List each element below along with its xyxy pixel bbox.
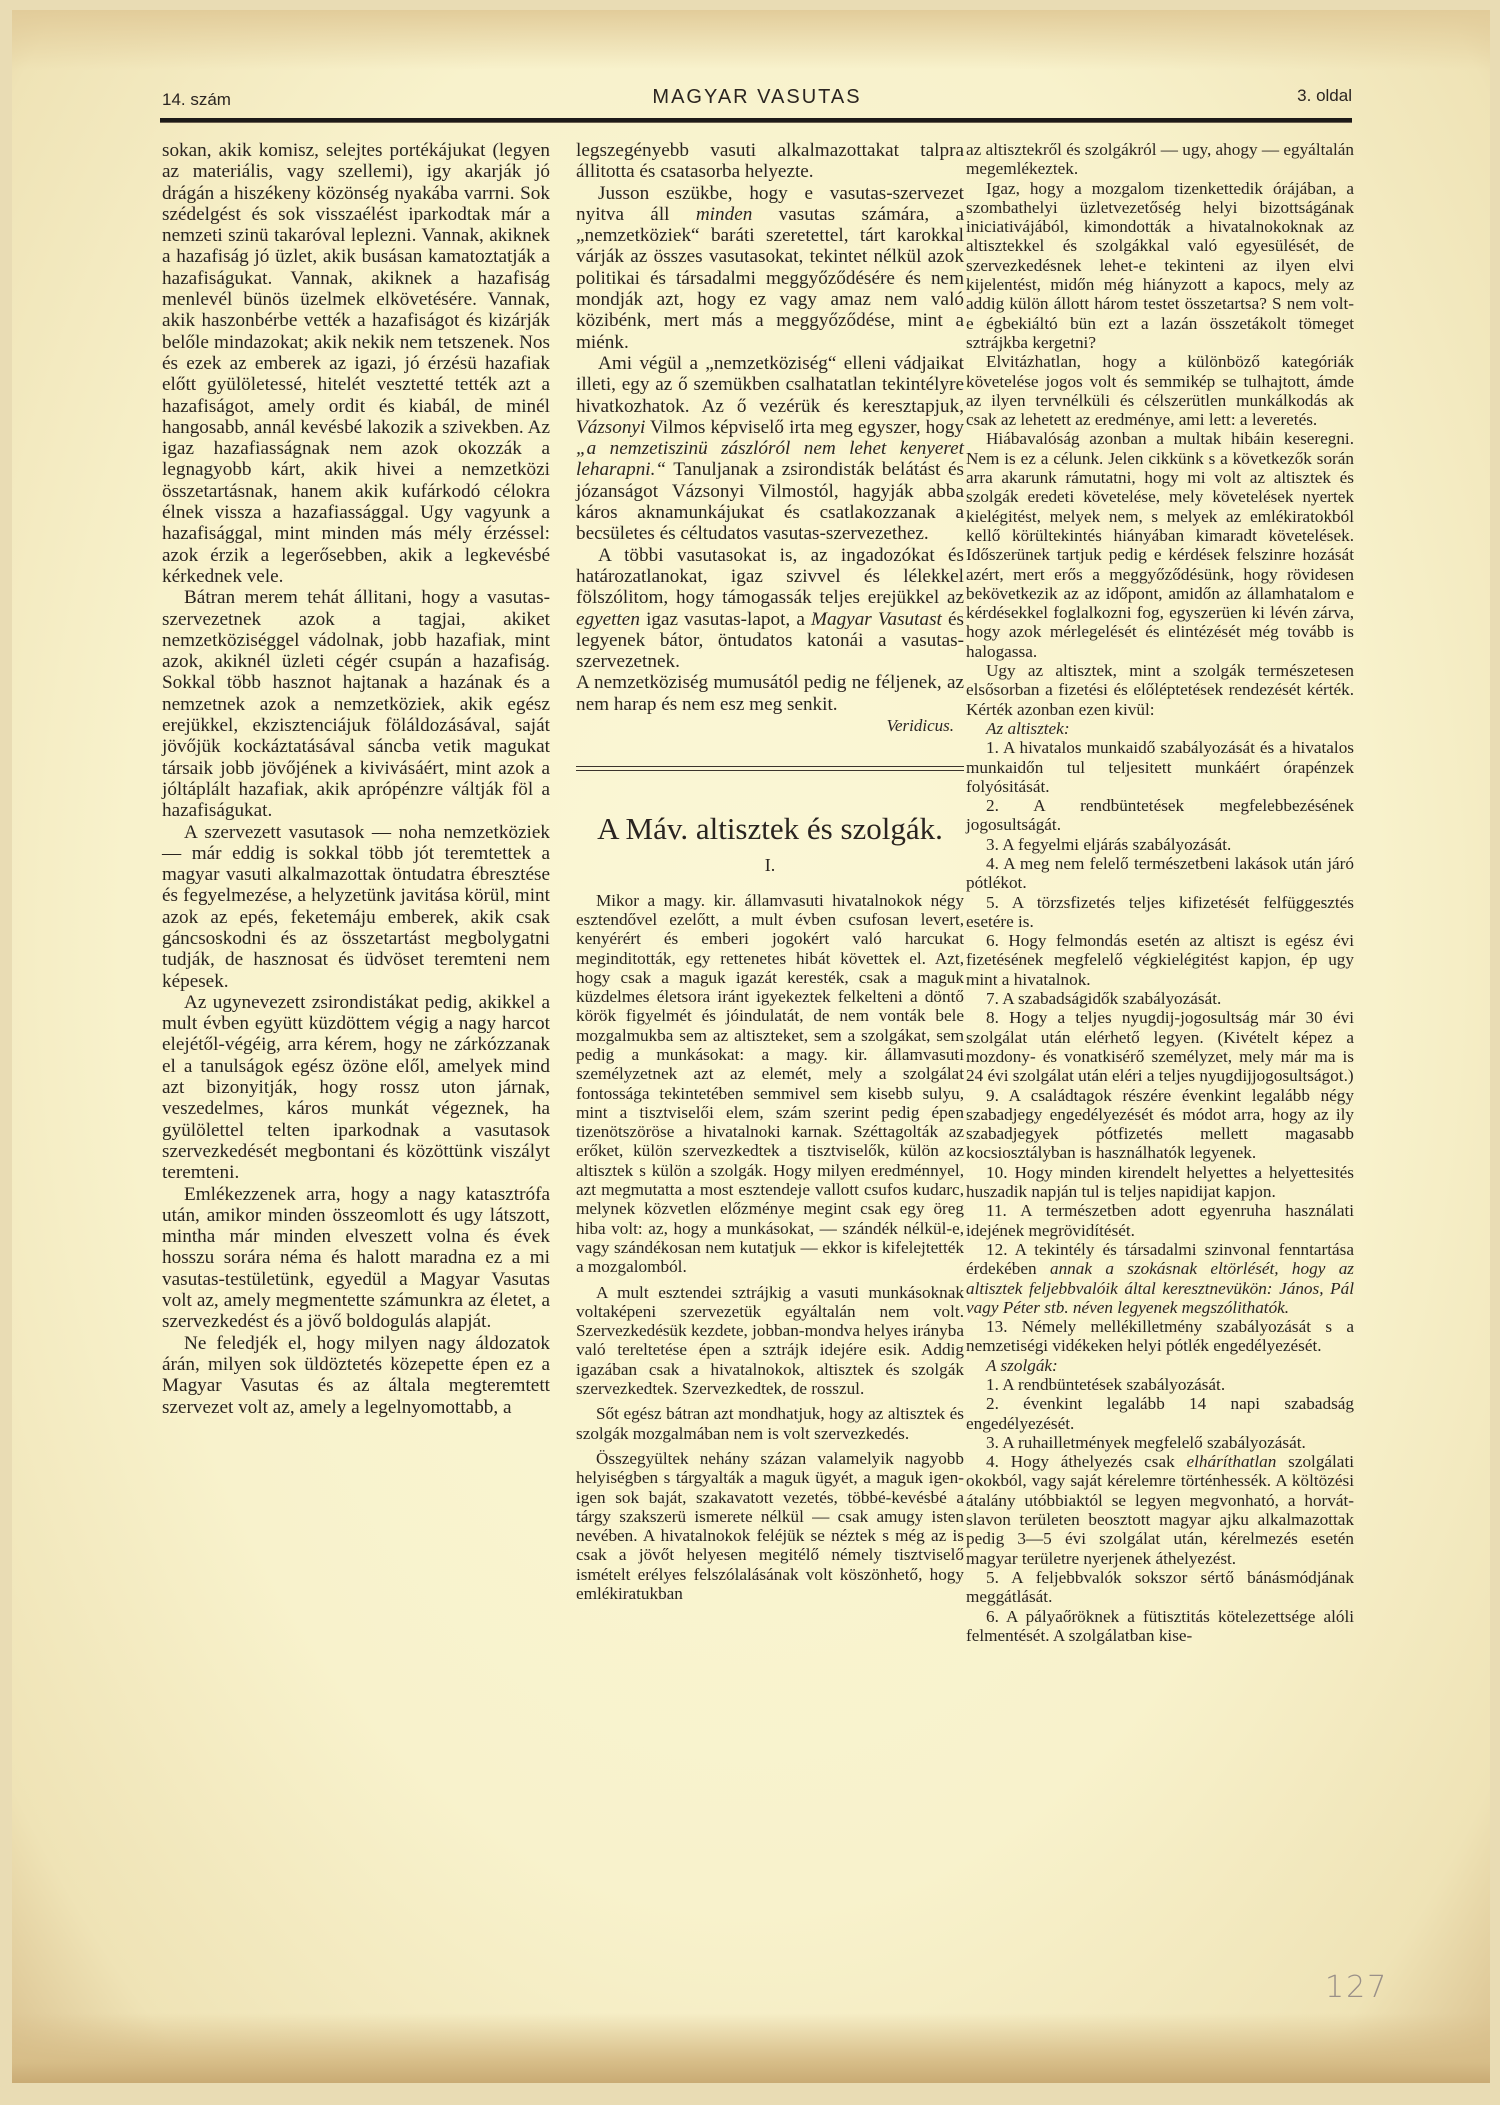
list-item: 13. Némely mellékilletmény szabályozását… xyxy=(966,1317,1354,1356)
list-item: 3. A ruhailletmények megfelelő szabályoz… xyxy=(966,1433,1354,1452)
list-item: 3. A fegyelmi eljárás szabályozását. xyxy=(966,835,1354,854)
list-item: 5. A törzsfizetés teljes kifizetését fel… xyxy=(966,893,1354,932)
handwritten-page-number: 127 xyxy=(1325,1970,1388,2005)
list-item: 6. A pályaőröknek a fütisztitás köteleze… xyxy=(966,1607,1354,1646)
section-heading-altisztek: Az altisztek: xyxy=(966,719,1354,738)
paragraph: Az ugynevezett zsirondistákat pedig, aki… xyxy=(162,992,550,1184)
paragraph: Ne feledjék el, hogy milyen nagy áldozat… xyxy=(162,1333,550,1418)
paragraph: Bátran merem tehát állitani, hogy a vasu… xyxy=(162,587,550,821)
paragraph: Összegyültek nehány százan valamelyik na… xyxy=(576,1449,964,1603)
publication-title: MAGYAR VASUTAS xyxy=(162,86,1352,109)
article-title: A Máv. altisztek és szolgák. xyxy=(576,811,964,847)
article-mav: A Máv. altisztek és szolgák. I. Mikor a … xyxy=(576,811,964,1603)
paragraph: legszegényebb vasuti alkalmazottakat tal… xyxy=(576,140,964,183)
paragraph: sokan, akik komisz, selejtes portékájuka… xyxy=(162,140,550,587)
article-part-number: I. xyxy=(576,855,964,876)
list-item: 2. évenkint legalább 14 napi szabadság e… xyxy=(966,1394,1354,1433)
paragraph: Ami végül a „nemzetköziség“ elleni vádja… xyxy=(576,353,964,545)
section-heading-szolgak: A szolgák: xyxy=(966,1356,1354,1375)
list-item: 5. A feljebbvalók sokszor sértő bánásmód… xyxy=(966,1568,1354,1607)
paragraph: Mikor a magy. kir. államvasuti hivatalno… xyxy=(576,891,964,1277)
paper-edge-bottom xyxy=(12,2013,1490,2083)
paragraph: Ugy az altisztek, mint a szolgák termész… xyxy=(966,661,1354,719)
paragraph: Sőt egész bátran azt mondhatjuk, hogy az… xyxy=(576,1404,964,1443)
paragraph: Hiábavalóság azonban a multak hibáin kes… xyxy=(966,429,1354,661)
closing-line: A nemzetköziség mumusától pedig ne félje… xyxy=(576,672,964,715)
paragraph: Elvitázhatlan, hogy a különböző kategóri… xyxy=(966,352,1354,429)
list-item: 7. A szabadságidők szabályozását. xyxy=(966,989,1354,1008)
signature-line: Veridicus. xyxy=(576,715,964,736)
paragraph: Jusson eszükbe, hogy e vasutas-szervezet… xyxy=(576,183,964,353)
paragraph: A nemzetköziség mumusától pedig ne félje… xyxy=(576,672,964,715)
list-item: 1. A rendbüntetések szabályozását. xyxy=(966,1375,1354,1394)
list-item: 9. A családtagok részére évenkint legalá… xyxy=(966,1086,1354,1163)
article-divider xyxy=(576,766,964,771)
page-number: 3. oldal xyxy=(1297,86,1352,106)
paragraph: A mult esztendei sztrájkig a vasuti munk… xyxy=(576,1283,964,1399)
list-item: 1. A hivatalos munkaidő szabályozását és… xyxy=(966,738,1354,796)
author-signature: Veridicus. xyxy=(886,715,964,736)
column-2: legszegényebb vasuti alkalmazottakat tal… xyxy=(576,140,964,1603)
list-item: 4. A meg nem felelő természetbeni lakáso… xyxy=(966,854,1354,893)
paragraph: A szervezett vasutasok — noha nemzetközi… xyxy=(162,822,550,992)
list-item: 8. Hogy a teljes nyugdij-jogosultság már… xyxy=(966,1008,1354,1085)
column-3: az altisztekről és szolgákról — ugy, aho… xyxy=(966,140,1354,1645)
paragraph: Igaz, hogy a mozgalom tizenkettedik óráj… xyxy=(966,179,1354,353)
paper-edge-top xyxy=(12,10,1490,70)
list-item: 10. Hogy minden kirendelt helyettes a he… xyxy=(966,1163,1354,1202)
paragraph: Emlékezzenek arra, hogy a nagy katasztró… xyxy=(162,1184,550,1333)
list-item: 4. Hogy áthelyezés csak elháríthatlan sz… xyxy=(966,1452,1354,1568)
header-rule xyxy=(160,118,1352,123)
column-1: sokan, akik komisz, selejtes portékájuka… xyxy=(162,140,550,1418)
list-item: 11. A természetben adott egyenruha haszn… xyxy=(966,1201,1354,1240)
list-item: 2. A rendbüntetések megfelebbezésének jo… xyxy=(966,796,1354,835)
paragraph: A többi vasutasokat is, az ingadozókat é… xyxy=(576,545,964,673)
list-item: 6. Hogy felmondás esetén az altiszt is e… xyxy=(966,931,1354,989)
paragraph: az altisztekről és szolgákról — ugy, aho… xyxy=(966,140,1354,179)
page-header: 14. szám MAGYAR VASUTAS 3. oldal xyxy=(162,86,1352,112)
list-item: 12. A tekintély és társadalmi szinvonal … xyxy=(966,1240,1354,1317)
